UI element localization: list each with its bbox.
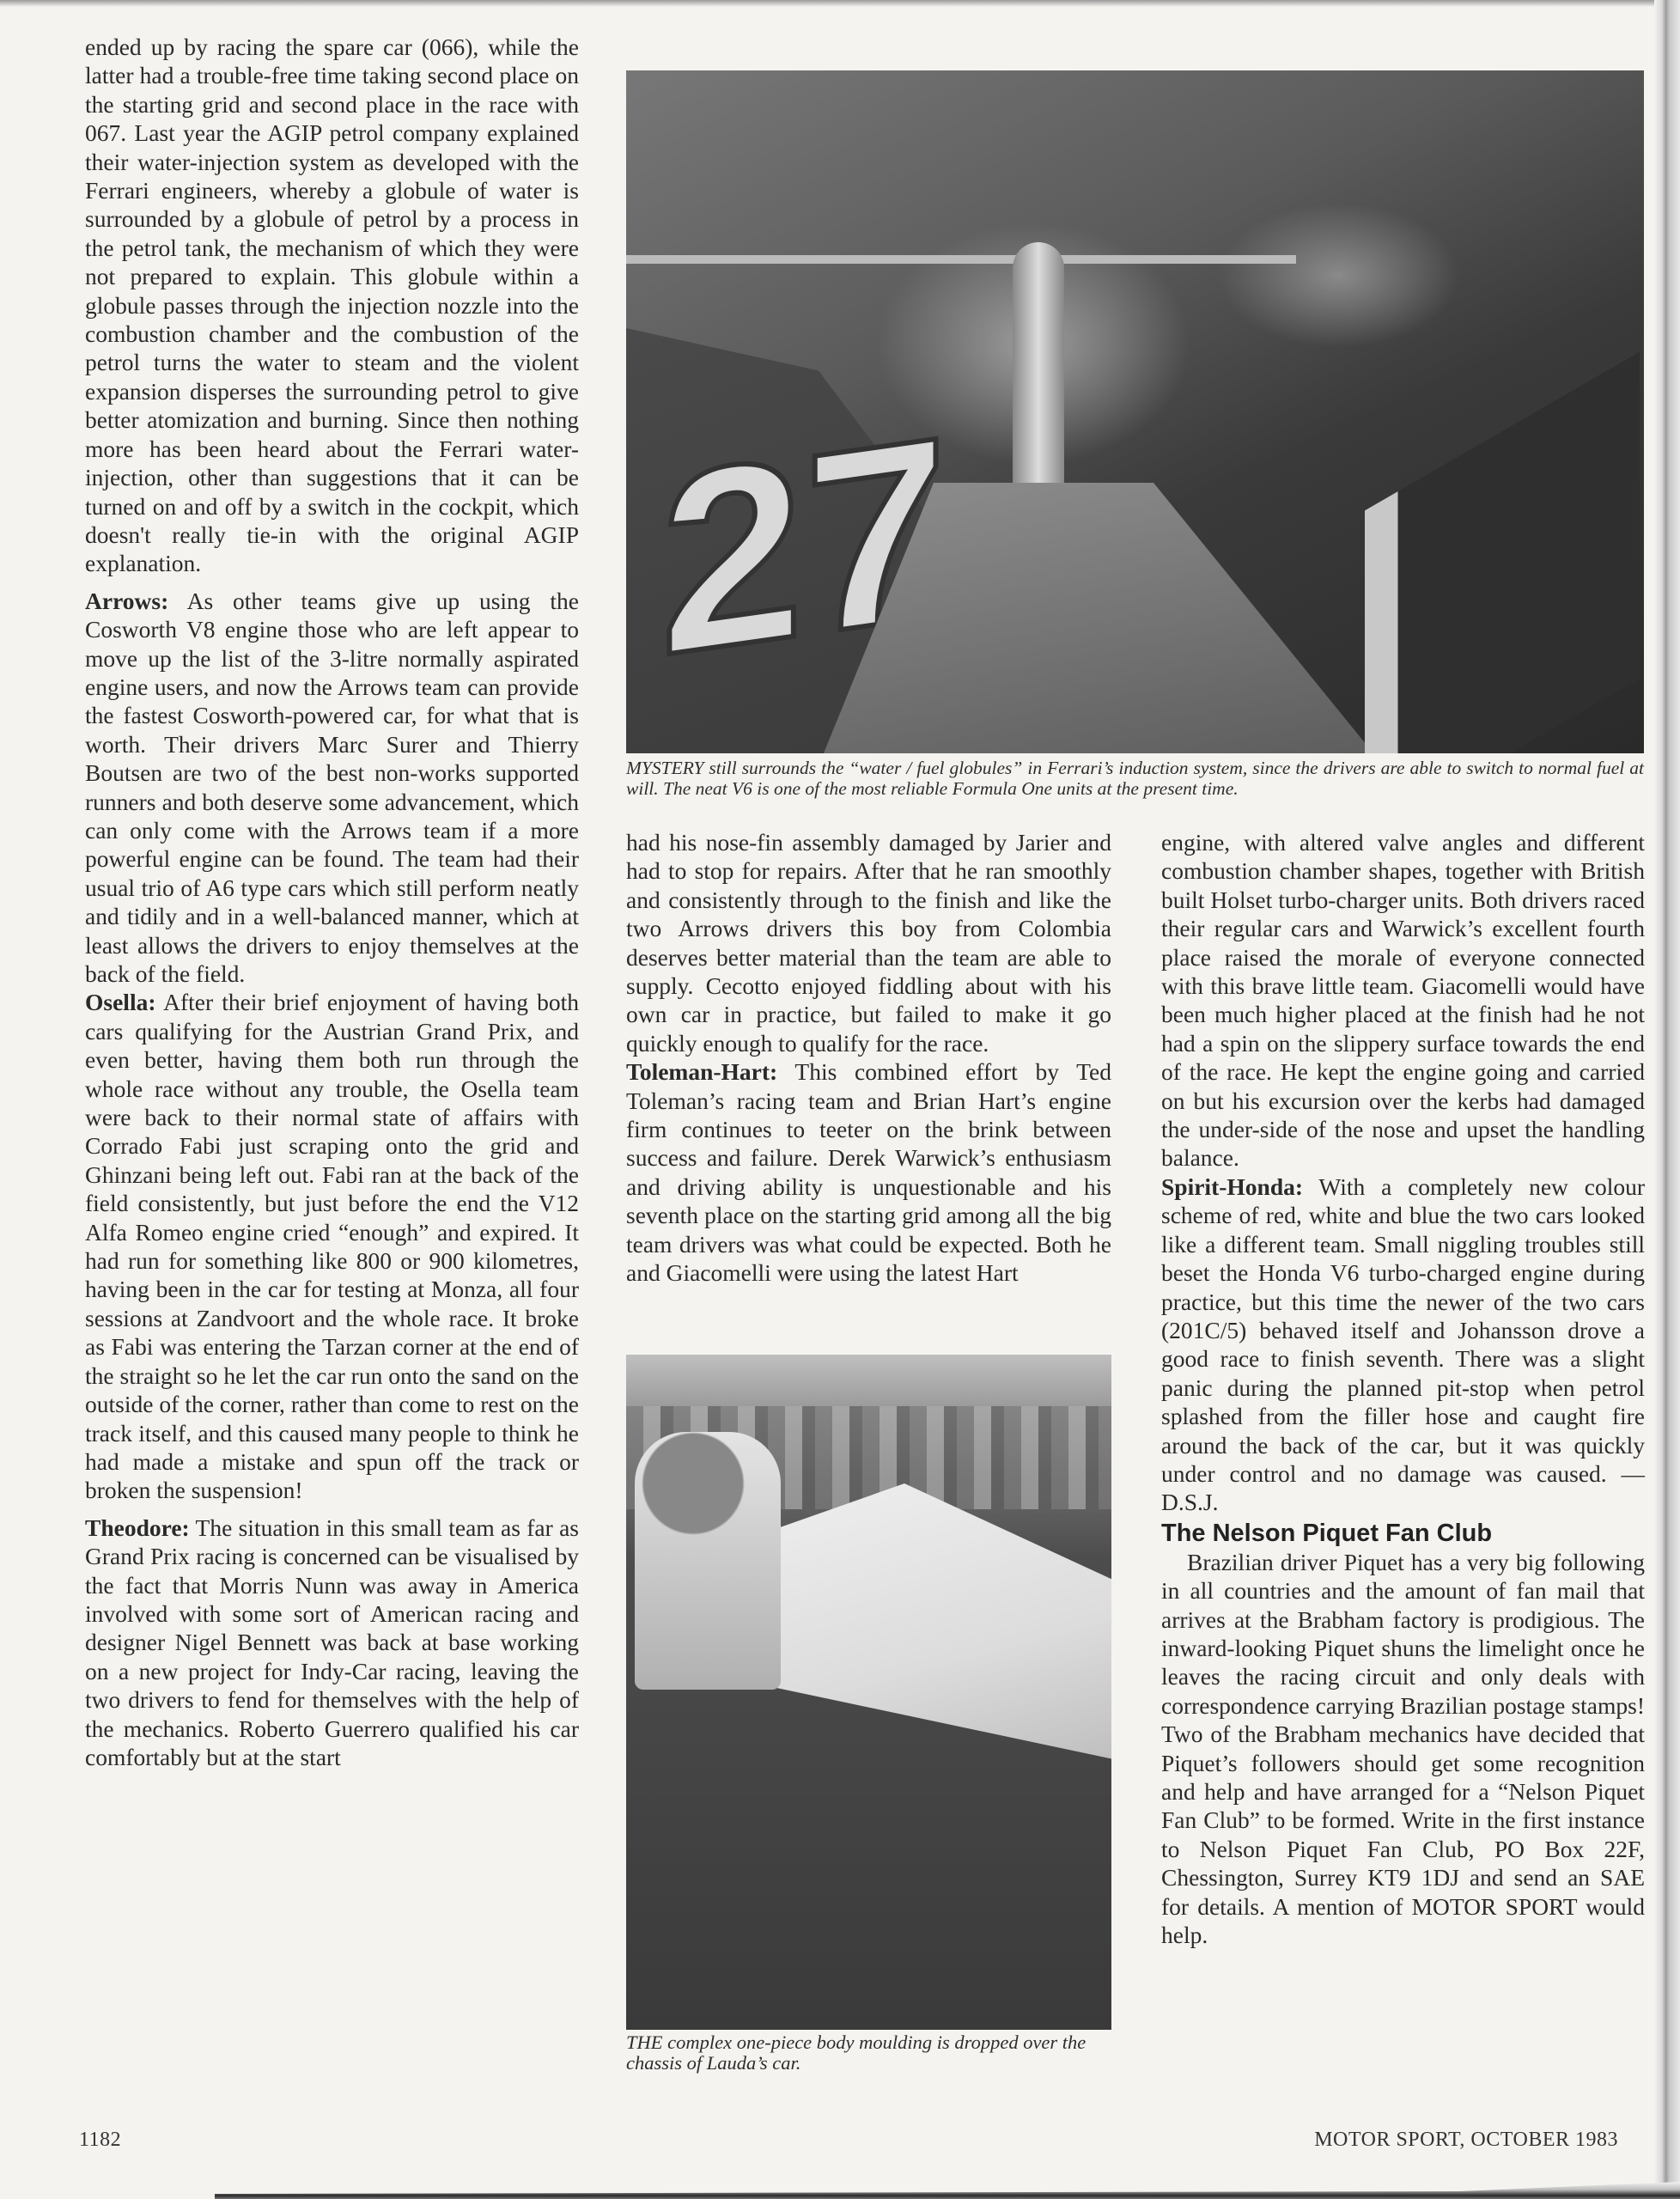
arrows-text: As other teams give up using the Coswort… bbox=[85, 588, 579, 987]
team-heading-osella: Osella: bbox=[85, 989, 156, 1015]
section-heading-fan-club: The Nelson Piquet Fan Club bbox=[1161, 1519, 1645, 1548]
team-heading-arrows: Arrows: bbox=[85, 588, 168, 614]
osella-text: After their brief enjoyment of having bo… bbox=[85, 989, 579, 1503]
photo-caption-crew: THE complex one-piece body moulding is d… bbox=[626, 2032, 1111, 2074]
spirit-text: With a completely new colour scheme of r… bbox=[1161, 1173, 1645, 1515]
page-binding-shadow bbox=[1654, 0, 1680, 2199]
page-edge-shadow bbox=[0, 0, 1680, 7]
photo-caption-engine: MYSTERY still surrounds the “water / fue… bbox=[626, 758, 1644, 799]
caption-text: still surrounds the “water / fuel globul… bbox=[626, 758, 1644, 799]
paragraph-osella: Osella: After their brief enjoyment of h… bbox=[85, 988, 579, 1504]
caption-lead: THE bbox=[626, 2031, 663, 2053]
running-footer: MOTOR SPORT, OCTOBER 1983 bbox=[1314, 2129, 1618, 2152]
paragraph-spirit-honda: Spirit-Honda: With a completely new colo… bbox=[1161, 1173, 1645, 1517]
paragraph-fan-club: Brazilian driver Piquet has a very big f… bbox=[1161, 1548, 1645, 1950]
page-number: 1182 bbox=[79, 2129, 121, 2152]
theodore-text: The situation in this small team as far … bbox=[85, 1514, 579, 1770]
paragraph-ferrari-water-injection: ended up by racing the spare car (066), … bbox=[85, 33, 579, 578]
photo-ferrari-engine: 27 bbox=[626, 70, 1644, 753]
paragraph-arrows: Arrows: As other teams give up using the… bbox=[85, 587, 579, 989]
paragraph-theodore: Theodore: The situation in this small te… bbox=[85, 1514, 579, 1772]
caption-text: complex one-piece body moulding is dropp… bbox=[626, 2031, 1086, 2074]
photo-rear-frame bbox=[1365, 352, 1640, 753]
article-column-2: had his nose-fin assembly damaged by Jar… bbox=[626, 828, 1111, 1288]
team-heading-toleman: Toleman-Hart: bbox=[626, 1058, 777, 1085]
toleman-text: This combined effort by Ted Toleman’s ra… bbox=[626, 1058, 1111, 1286]
photo-suspension-rod bbox=[626, 255, 1296, 264]
team-heading-theodore: Theodore: bbox=[85, 1514, 190, 1541]
paragraph-toleman: Toleman-Hart: This combined effort by Te… bbox=[626, 1057, 1111, 1287]
team-heading-spirit-honda: Spirit-Honda: bbox=[1161, 1173, 1303, 1200]
article-column-1: ended up by racing the spare car (066), … bbox=[85, 33, 579, 1771]
photo-mechanic bbox=[635, 1432, 781, 1690]
paragraph-theodore-continued: had his nose-fin assembly damaged by Jar… bbox=[626, 828, 1111, 1057]
article-column-3: engine, with altered valve angles and di… bbox=[1161, 828, 1645, 1949]
paragraph-toleman-continued: engine, with altered valve angles and di… bbox=[1161, 828, 1645, 1173]
page-curl bbox=[215, 2182, 1680, 2199]
caption-lead: MYSTERY bbox=[626, 758, 703, 778]
photo-body-moulding bbox=[626, 1355, 1111, 2030]
